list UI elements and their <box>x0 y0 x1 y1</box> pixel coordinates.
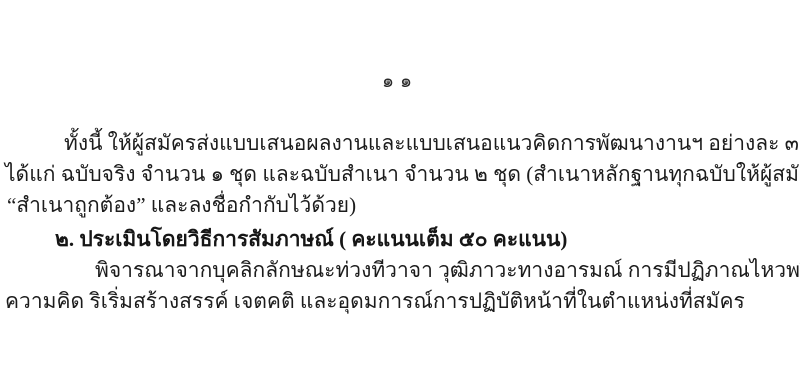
paragraph2-line1: พิจารณาจากบุคลิกลักษณะท่วงทีวาจา วุฒิภาว… <box>0 255 800 286</box>
paragraph2-line2: ความคิด ริเริ่มสร้างสรรค์ เจตคติ และอุดม… <box>0 286 800 317</box>
document-content: ทั้งนี้ ให้ผู้สมัครส่งแบบเสนอผลงานและแบบ… <box>0 128 800 317</box>
paragraph1-line3: “สำเนาถูกต้อง” และลงชื่อกำกับไว้ด้วย) <box>0 190 800 221</box>
paragraph1-line2: ได้แก่ ฉบับจริง จำนวน ๑ ชุด และฉบับสำเนา… <box>0 159 800 190</box>
paragraph1-line1: ทั้งนี้ ให้ผู้สมัครส่งแบบเสนอผลงานและแบบ… <box>0 128 800 159</box>
page-number: ๑๑ <box>0 66 800 96</box>
document-page: ๑๑ ทั้งนี้ ให้ผู้สมัครส่งแบบเสนอผลงานและ… <box>0 0 800 378</box>
section-heading-interview-evaluation: ๒. ประเมินโดยวิธีการสัมภาษณ์ ( คะแนนเต็ม… <box>0 224 800 255</box>
